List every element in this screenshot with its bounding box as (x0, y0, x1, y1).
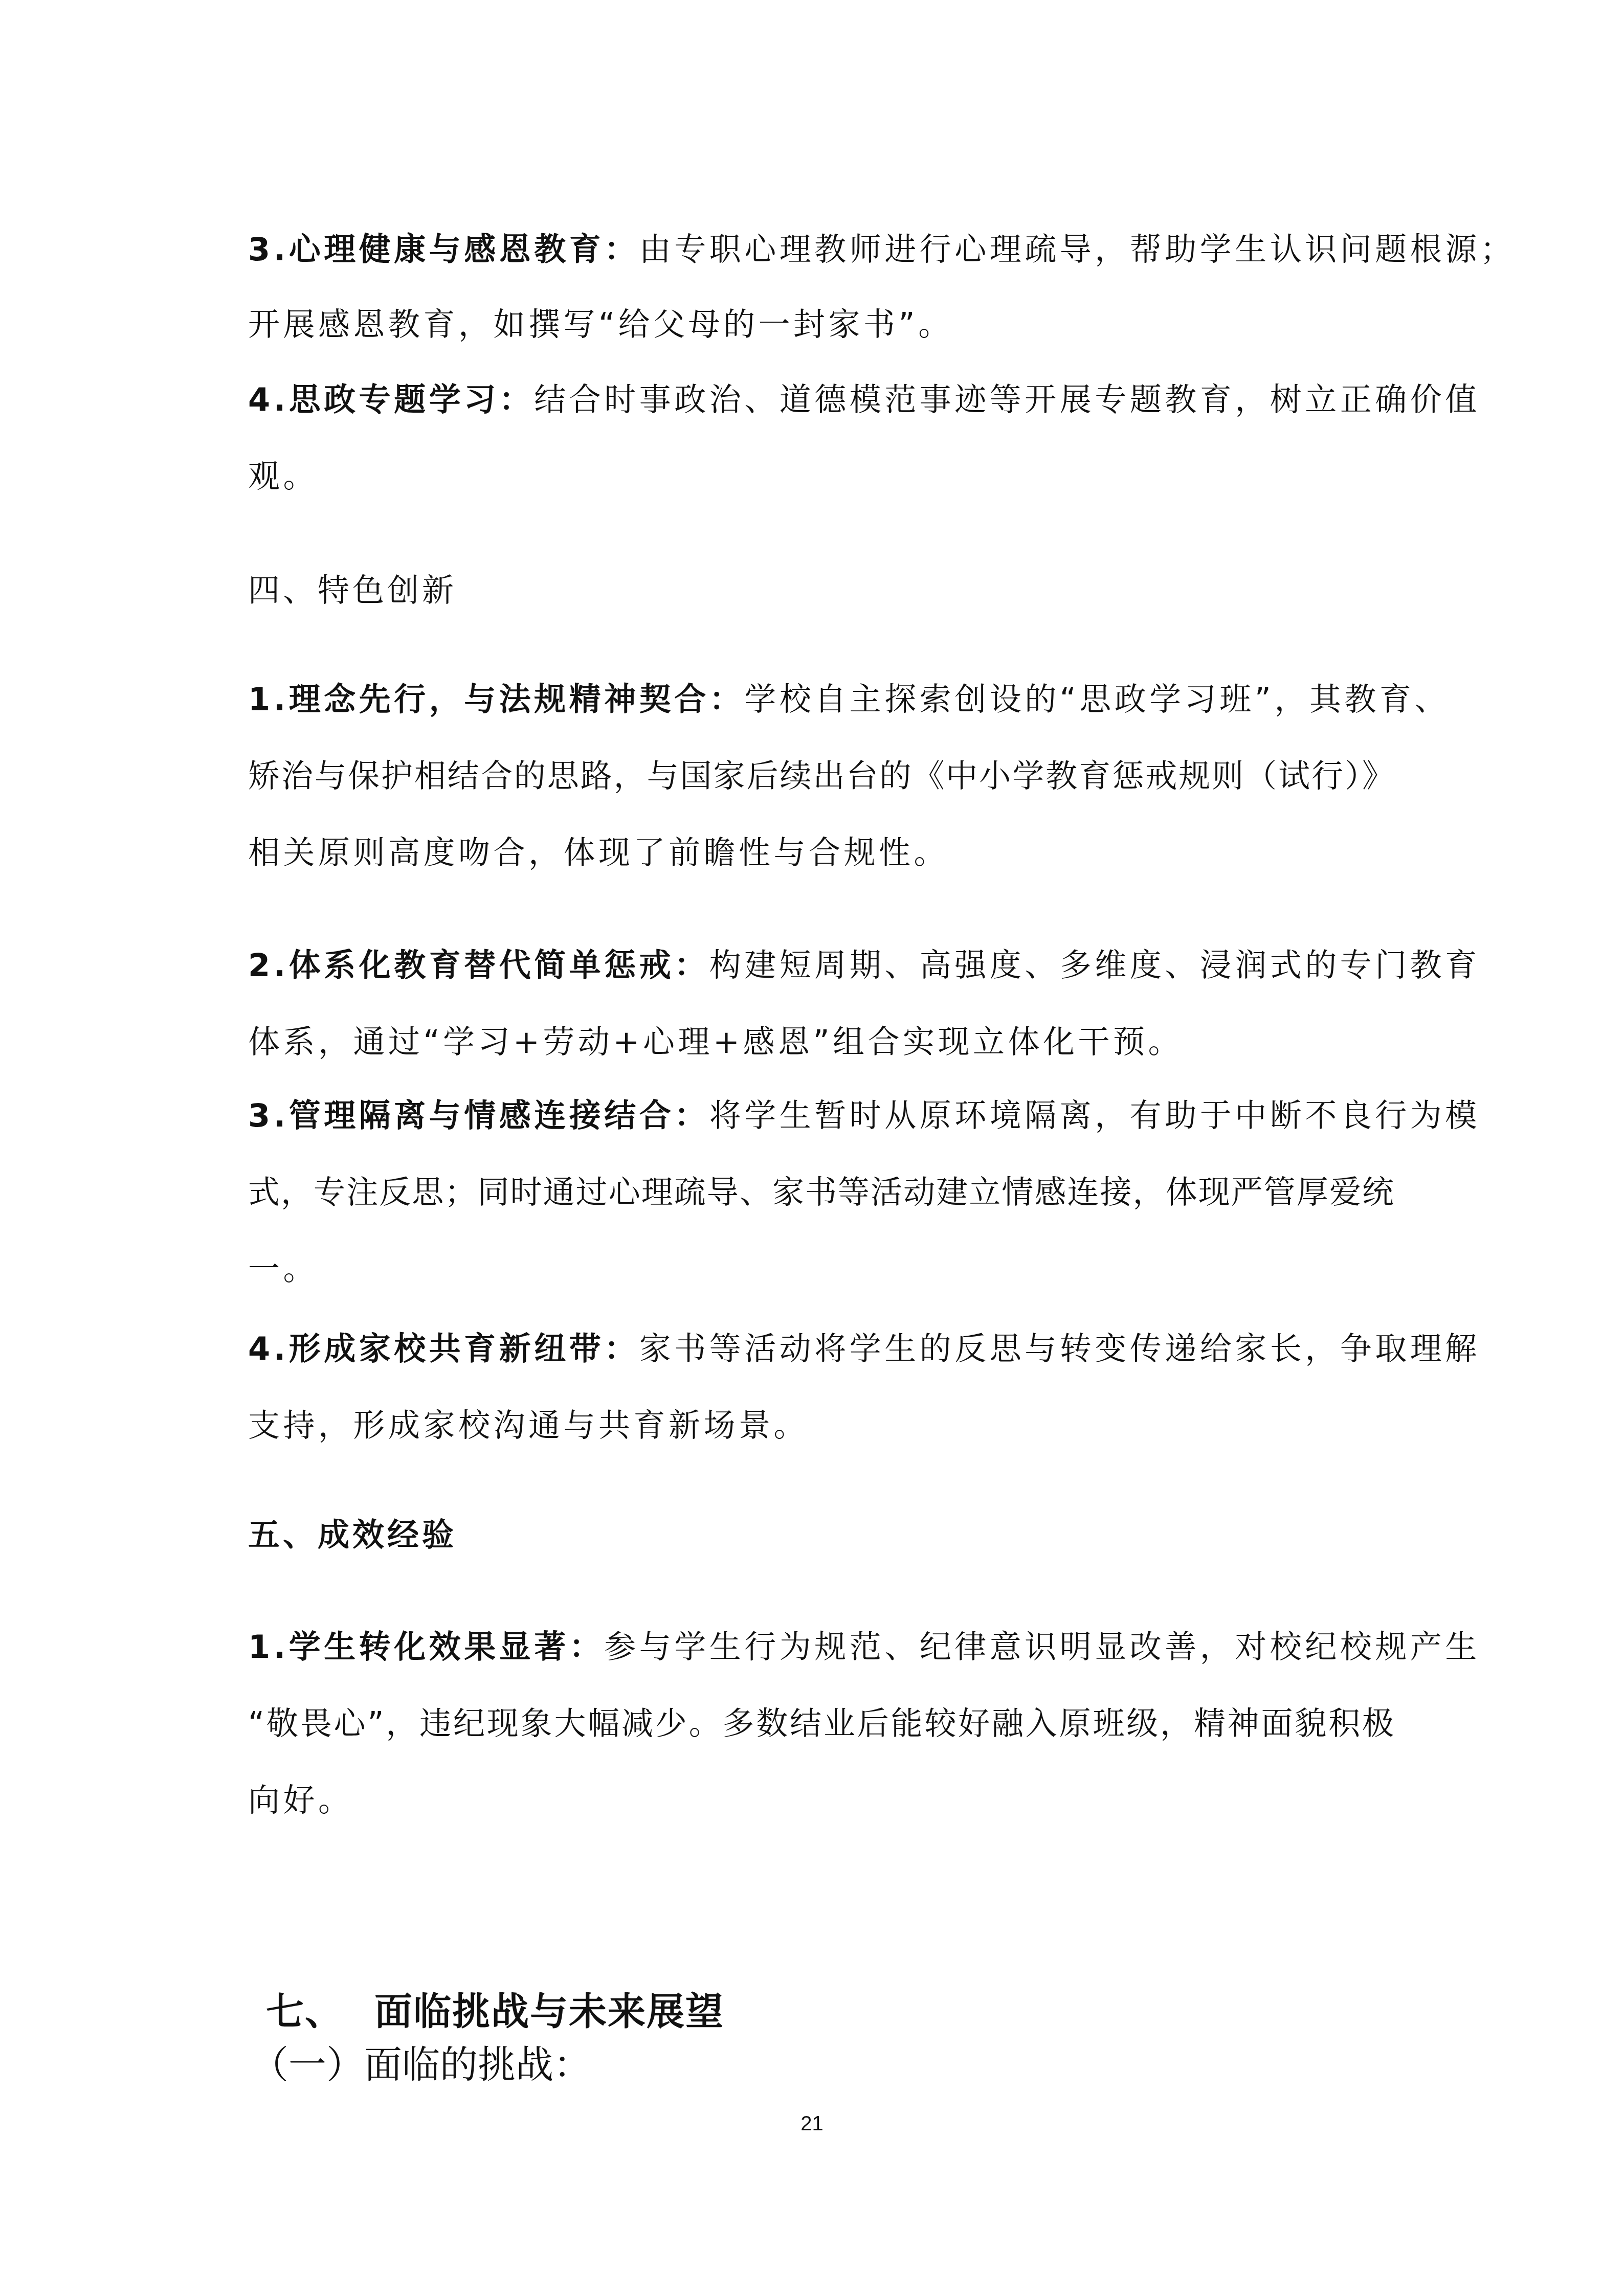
item-text: 将学生暂时从原环境隔离，有助于中断不良行为模 (709, 1097, 1480, 1134)
item-text: 家书等活动将学生的反思与转变传递给家长，争取理解 (639, 1330, 1480, 1367)
chapter-number: 七、 (266, 1990, 344, 2034)
chapter-heading: 七、面临挑战与未来展望 (266, 1987, 724, 2036)
subsection-heading: （一）面临的挑战： (251, 2040, 591, 2089)
item-text: 由专职心理教师进行心理疏导，帮助学生认识问题根源； (639, 231, 1516, 268)
item-label: 1.学生转化效果显著： (248, 1628, 604, 1665)
paragraph-line: 观。 (248, 456, 1394, 497)
item-label: 2.体系化教育替代简单惩戒： (248, 947, 709, 984)
item-label: 4.形成家校共育新纽带： (248, 1330, 639, 1367)
paragraph-line: “敬畏心”，违纪现象大幅减少。多数结业后能较好融入原班级，精神面貌积极 (248, 1703, 1394, 1744)
paragraph-line: 1.理念先行，与法规精神契合：学校自主探索创设的“思政学习班”，其教育、 (248, 679, 1394, 720)
section-heading: 四、特色创新 (248, 570, 1394, 611)
document-page: 3.心理健康与感恩教育：由专职心理教师进行心理疏导，帮助学生认识问题根源； 开展… (0, 0, 1624, 2296)
paragraph-line: 3.心理健康与感恩教育：由专职心理教师进行心理疏导，帮助学生认识问题根源； (248, 229, 1394, 270)
paragraph-line: 2.体系化教育替代简单惩戒：构建短周期、高强度、多维度、浸润式的专门教育 (248, 945, 1394, 986)
paragraph-line: 相关原则高度吻合，体现了前瞻性与合规性。 (248, 832, 1394, 873)
item-label: 1.理念先行，与法规精神契合： (248, 681, 744, 718)
paragraph-line: 体系，通过“学习+劳动+心理+感恩”组合实现立体化干预。 (248, 1022, 1394, 1063)
paragraph-line: 3.管理隔离与情感连接结合：将学生暂时从原环境隔离，有助于中断不良行为模 (248, 1095, 1394, 1136)
item-label: 3.管理隔离与情感连接结合： (248, 1097, 709, 1134)
paragraph-line: 一。 (248, 1249, 1394, 1290)
paragraph-line: 1.学生转化效果显著：参与学生行为规范、纪律意识明显改善，对校纪校规产生 (248, 1627, 1394, 1668)
item-text: 构建短周期、高强度、多维度、浸润式的专门教育 (709, 947, 1480, 984)
paragraph-line: 矫治与保护相结合的思路，与国家后续出台的《中小学教育惩戒规则（试行）》 (248, 756, 1394, 797)
item-label: 4.思政专题学习： (248, 381, 534, 418)
paragraph-line: 4.思政专题学习：结合时事政治、道德模范事迹等开展专题教育，树立正确价值 (248, 379, 1394, 420)
paragraph-line: 支持，形成家校沟通与共育新场景。 (248, 1405, 1394, 1446)
chapter-title: 面临挑战与未来展望 (374, 1990, 724, 2034)
paragraph-line: 向好。 (248, 1780, 1394, 1821)
item-text: 结合时事政治、道德模范事迹等开展专题教育，树立正确价值 (534, 381, 1480, 418)
page-number: 21 (0, 2111, 1624, 2136)
item-label: 3.心理健康与感恩教育： (248, 231, 639, 268)
paragraph-line: 开展感恩教育，如撰写“给父母的一封家书”。 (248, 304, 1394, 345)
paragraph-line: 4.形成家校共育新纽带：家书等活动将学生的反思与转变传递给家长，争取理解 (248, 1329, 1394, 1369)
section-heading: 五、成效经验 (248, 1515, 1394, 1556)
item-text: 学校自主探索创设的“思政学习班”，其教育、 (744, 681, 1450, 718)
paragraph-line: 式，专注反思；同时通过心理疏导、家书等活动建立情感连接，体现严管厚爱统 (248, 1172, 1394, 1213)
item-text: 参与学生行为规范、纪律意识明显改善，对校纪校规产生 (604, 1628, 1480, 1665)
